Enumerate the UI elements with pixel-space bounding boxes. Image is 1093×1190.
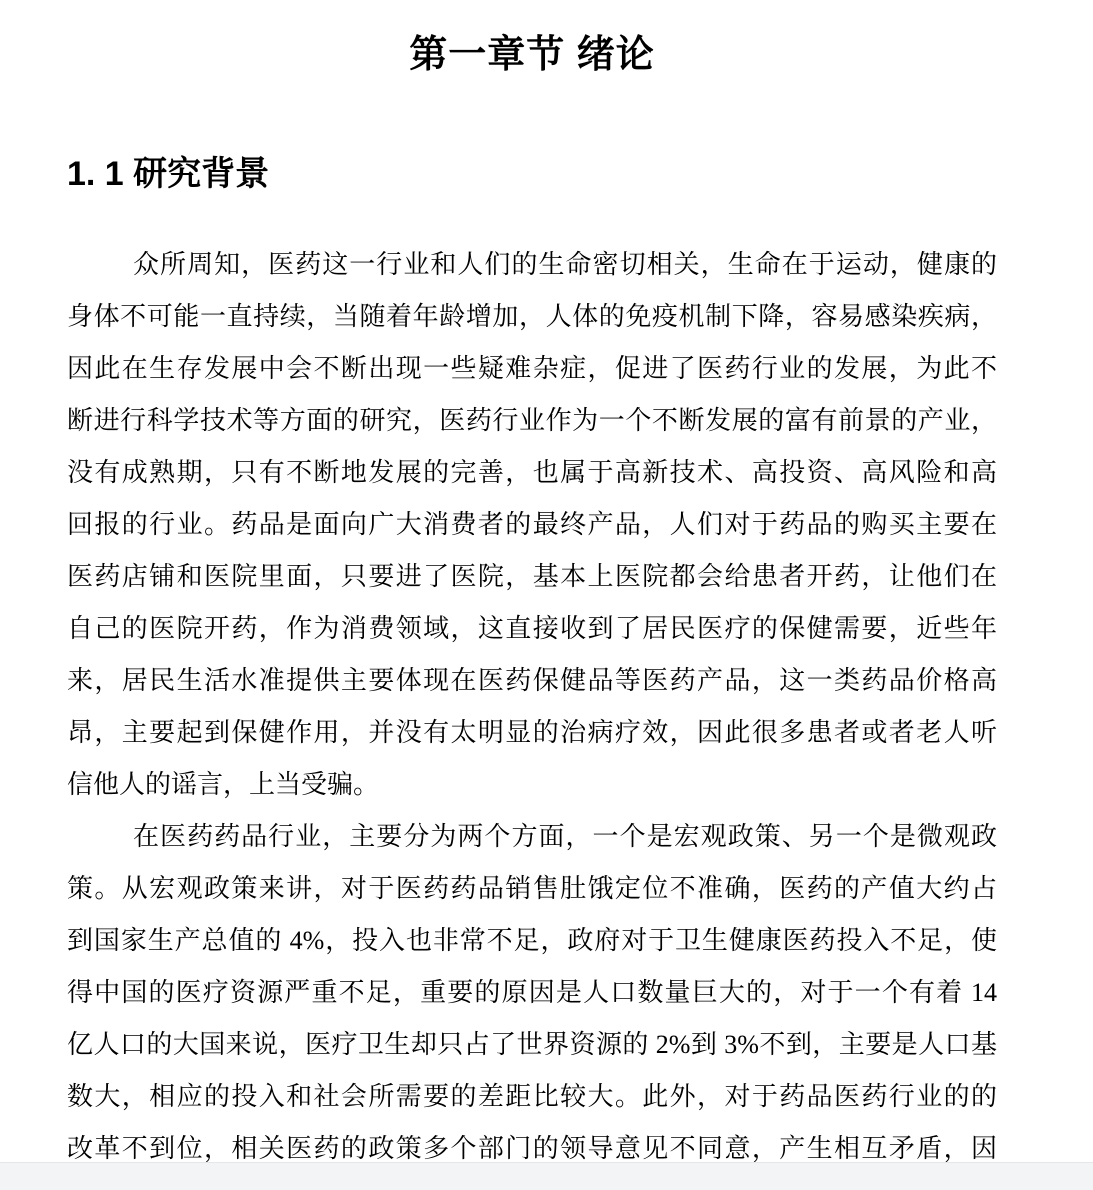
text-line: 没有成熟期，只有不断地发展的完善，也属于高新技术、高投资、高风险和高 (67, 447, 997, 499)
text-line: 身体不可能一直持续，当随着年龄增加，人体的免疫机制下降，容易感染疾病， (67, 291, 997, 343)
text-line: 在医药药品行业，主要分为两个方面，一个是宏观政策、另一个是微观政 (67, 811, 997, 863)
section-heading: 1. 1 研究背景 (67, 152, 997, 196)
text-line: 数大，相应的投入和社会所需要的差距比较大。此外，对于药品医药行业的的 (67, 1071, 997, 1123)
text-line: 昂，主要起到保健作用，并没有太明显的治病疗效，因此很多患者或者老人听 (67, 707, 997, 759)
text-line: 众所周知，医药这一行业和人们的生命密切相关，生命在于运动，健康的 (67, 239, 997, 291)
text-line: 策。从宏观政策来讲，对于医药药品销售肚饿定位不准确，医药的产值大约占 (67, 863, 997, 915)
text-line: 到国家生产总值的 4%，投入也非常不足，政府对于卫生健康医药投入不足，使 (67, 915, 997, 967)
text-line: 医药店铺和医院里面，只要进了医院，基本上医院都会给患者开药，让他们在 (67, 551, 997, 603)
text-line: 因此在生存发展中会不断出现一些疑难杂症，促进了医药行业的发展，为此不 (67, 343, 997, 395)
text-line: 自己的医院开药，作为消费领域，这直接收到了居民医疗的保健需要，近些年 (67, 603, 997, 655)
document-body: 众所周知，医药这一行业和人们的生命密切相关，生命在于运动，健康的身体不可能一直持… (67, 239, 997, 1175)
chapter-title: 第一章节 绪论 (67, 33, 997, 77)
paragraph: 在医药药品行业，主要分为两个方面，一个是宏观政策、另一个是微观政策。从宏观政策来… (67, 811, 997, 1175)
text-line: 回报的行业。药品是面向广大消费者的最终产品，人们对于药品的购买主要在 (67, 499, 997, 551)
text-line: 亿人口的大国来说，医疗卫生却只占了世界资源的 2%到 3%不到，主要是人口基 (67, 1019, 997, 1071)
paragraph: 众所周知，医药这一行业和人们的生命密切相关，生命在于运动，健康的身体不可能一直持… (67, 239, 997, 811)
bottom-band (0, 1162, 1093, 1190)
text-line: 断进行科学技术等方面的研究，医药行业作为一个不断发展的富有前景的产业， (67, 395, 997, 447)
document-page: 第一章节 绪论 1. 1 研究背景 众所周知，医药这一行业和人们的生命密切相关，… (0, 0, 1093, 1190)
text-line: 来，居民生活水准提供主要体现在医药保健品等医药产品，这一类药品价格高 (67, 655, 997, 707)
text-line: 信他人的谣言，上当受骗。 (67, 759, 997, 811)
text-line: 得中国的医疗资源严重不足，重要的原因是人口数量巨大的，对于一个有着 14 (67, 967, 997, 1019)
